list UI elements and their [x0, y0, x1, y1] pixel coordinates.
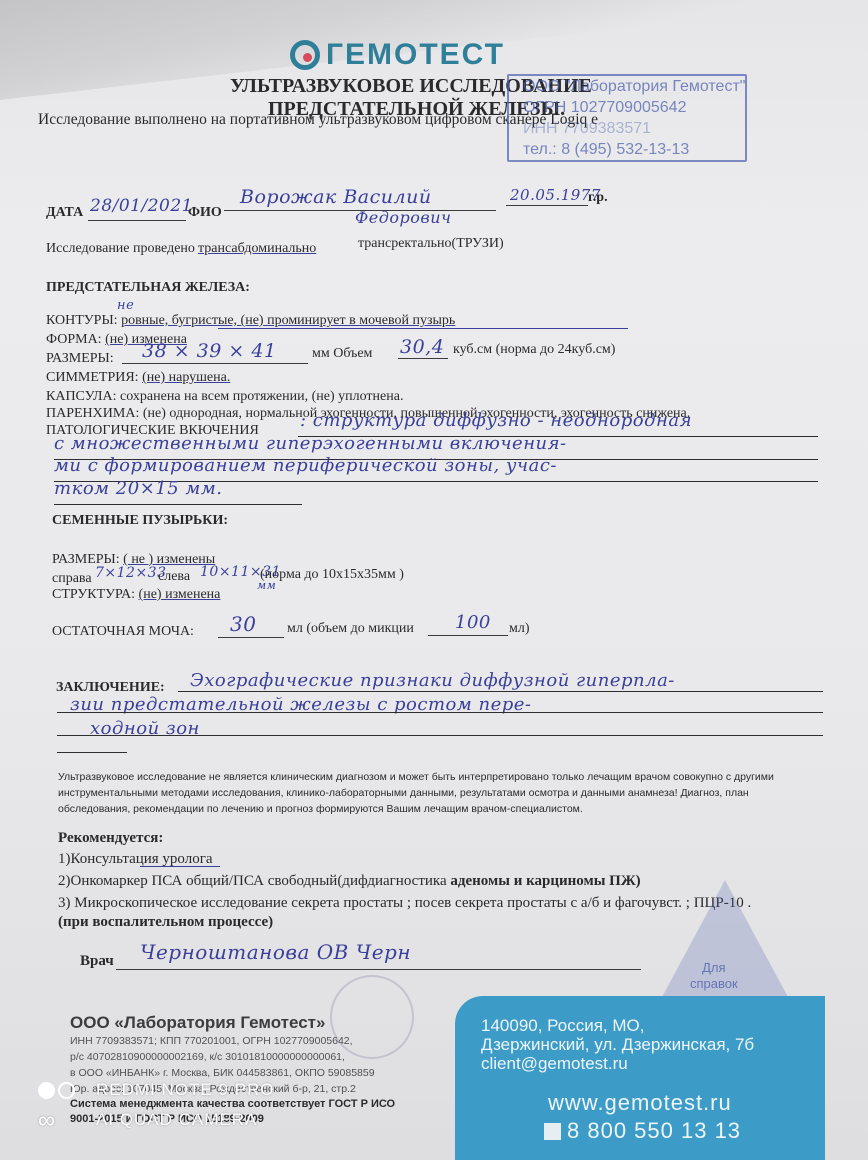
right-value: 7×12×33 [95, 565, 167, 581]
phone-text: 8 800 550 13 13 [567, 1118, 741, 1144]
structure-text: (не) изменена [139, 587, 221, 602]
residual-closing: мл) [509, 621, 530, 637]
date-value: 28/01/2021 [90, 196, 193, 216]
method-prefix: Исследование проведено [46, 241, 195, 257]
residual-unit: мл (объем до микции [287, 621, 414, 637]
recommendations-title: Рекомендуется: [58, 830, 163, 847]
recommendation-item: 3) Микроскопическое исследование секрета… [58, 895, 751, 912]
recommendation-item-bold: аденомы и карциномы ПЖ) [450, 873, 640, 889]
triangle-stamp-text: Для справок [690, 960, 738, 992]
watermark-line: REDMI NOTE 9 PRO [96, 1080, 274, 1099]
company-name: ООО «Лаборатория Гемотест» [70, 1013, 395, 1033]
fio-label: ФИО [188, 205, 222, 221]
seminal-norm: (норма до 10х15х35мм ) [260, 567, 404, 583]
stamp-line: ОГРН 1027709005642 [523, 97, 745, 118]
structure-label: СТРУКТУРА: [52, 587, 135, 602]
recommendation-note: (при воспалительном процессе) [58, 914, 273, 931]
left-label: слева [158, 569, 190, 585]
inclusions-line: : структура диффузно - неоднородная [300, 410, 692, 431]
stamp-line: ООО "Лаборатория Гемотест" [523, 76, 745, 97]
doctor-signature: Черноштанова ОВ Черн [140, 940, 411, 964]
document-page: ГЕМОТЕСТ УЛЬТРАЗВУКОВОЕ ИССЛЕДОВАНИЕ ПРЕ… [0, 0, 868, 1160]
method-transabdominal: трансабдоминально [198, 241, 316, 257]
stamp-line: ИНН 7709383571 [523, 118, 745, 139]
capsule-label: КАПСУЛА: [46, 389, 117, 404]
symmetry-text: (не) нарушена. [142, 370, 230, 385]
seminal-section-title: СЕМЕННЫЕ ПУЗЫРЬКИ: [52, 513, 228, 529]
form-label: ФОРМА: [46, 332, 102, 347]
recommendation-item: 2)Онкомаркер ПСА общий/ПСА свободный(диф… [58, 873, 450, 889]
capsule-text: сохранена на всем протяжении, (не) уплот… [120, 389, 403, 404]
gemotest-logo: ГЕМОТЕСТ [290, 38, 505, 72]
size-unit: мм Объем [312, 346, 372, 362]
contact-address: 140090, Россия, МО, Дзержинский, ул. Дзе… [481, 1016, 754, 1073]
size-value: 38 × 39 × 41 [142, 340, 277, 362]
inclusions-line: ми с формированием периферической зоны, … [54, 455, 557, 476]
symmetry-label: СИММЕТРИЯ: [46, 370, 139, 385]
doctor-label: Врач [80, 953, 114, 970]
residual-label: ОСТАТОЧНАЯ МОЧА: [52, 624, 194, 640]
address-line: Дзержинский, ул. Дзержинская, 7б [481, 1035, 754, 1054]
infinity-icon: ∞ [38, 1106, 88, 1136]
website-link[interactable]: www.gemotest.ru [548, 1090, 732, 1116]
phone-icon [544, 1123, 561, 1140]
brand-name: ГЕМОТЕСТ [326, 38, 505, 72]
stamp-line: справок [690, 976, 738, 992]
lab-stamp-rectangle: ООО "Лаборатория Гемотест" ОГРН 10277090… [507, 74, 747, 162]
parenchyma-label: ПАРЕНХИМА: [46, 406, 139, 421]
prostate-section-title: ПРЕДСТАТЕЛЬНАЯ ЖЕЛЕЗА: [46, 280, 250, 296]
phone-number[interactable]: 8 800 550 13 13 [544, 1118, 741, 1144]
birth-suffix: г.р. [588, 190, 608, 206]
company-info-line: р/с 40702810900000002169, к/с 3010181000… [70, 1049, 395, 1065]
camera-watermark: REDMI NOTE 9 PRO ∞AI QUAD CAMERA [38, 1075, 274, 1136]
stamp-line: тел.: 8 (495) 532-13-13 [523, 139, 745, 160]
disclaimer-text: Ультразвуковое исследование не является … [58, 769, 818, 817]
pre-voiding-volume: 100 [455, 612, 491, 633]
contours-text: ровные, бугристые, (не) проминирует в мо… [121, 313, 455, 328]
address-line: 140090, Россия, МО, [481, 1016, 754, 1035]
size-label: РАЗМЕРЫ: [46, 351, 114, 367]
volume-value: 30,4 [400, 336, 444, 358]
contact-email[interactable]: client@gemotest.ru [481, 1054, 754, 1073]
contacts-panel: 140090, Россия, МО, Дзержинский, ул. Дзе… [455, 996, 825, 1160]
inclusions-line: тком 20×15 мм. [54, 478, 222, 499]
conclusion-line: Эхографические признаки диффузной гиперп… [190, 670, 675, 691]
stamp-line: Для [690, 960, 738, 976]
volume-unit: куб.см (норма до 24куб.см) [453, 342, 615, 358]
gemotest-logo-icon [290, 40, 320, 70]
method-transrectal: трансректально(ТРУЗИ) [358, 236, 504, 252]
camera-dots-icon [38, 1082, 88, 1099]
right-label: справа [52, 571, 92, 587]
company-info-line: ИНН 7709383571; КПП 770201001, ОГРН 1027… [70, 1033, 395, 1049]
residual-value: 30 [230, 612, 256, 636]
contours-label: КОНТУРЫ: [46, 313, 118, 328]
contours-note: не [117, 298, 134, 313]
date-label: ДАТА [46, 205, 83, 221]
fio-value: Ворожак Василий [240, 186, 432, 208]
inclusions-line: с множественными гиперэхогенными включен… [54, 433, 567, 454]
watermark-line: AI QUAD CAMERA [96, 1110, 257, 1129]
